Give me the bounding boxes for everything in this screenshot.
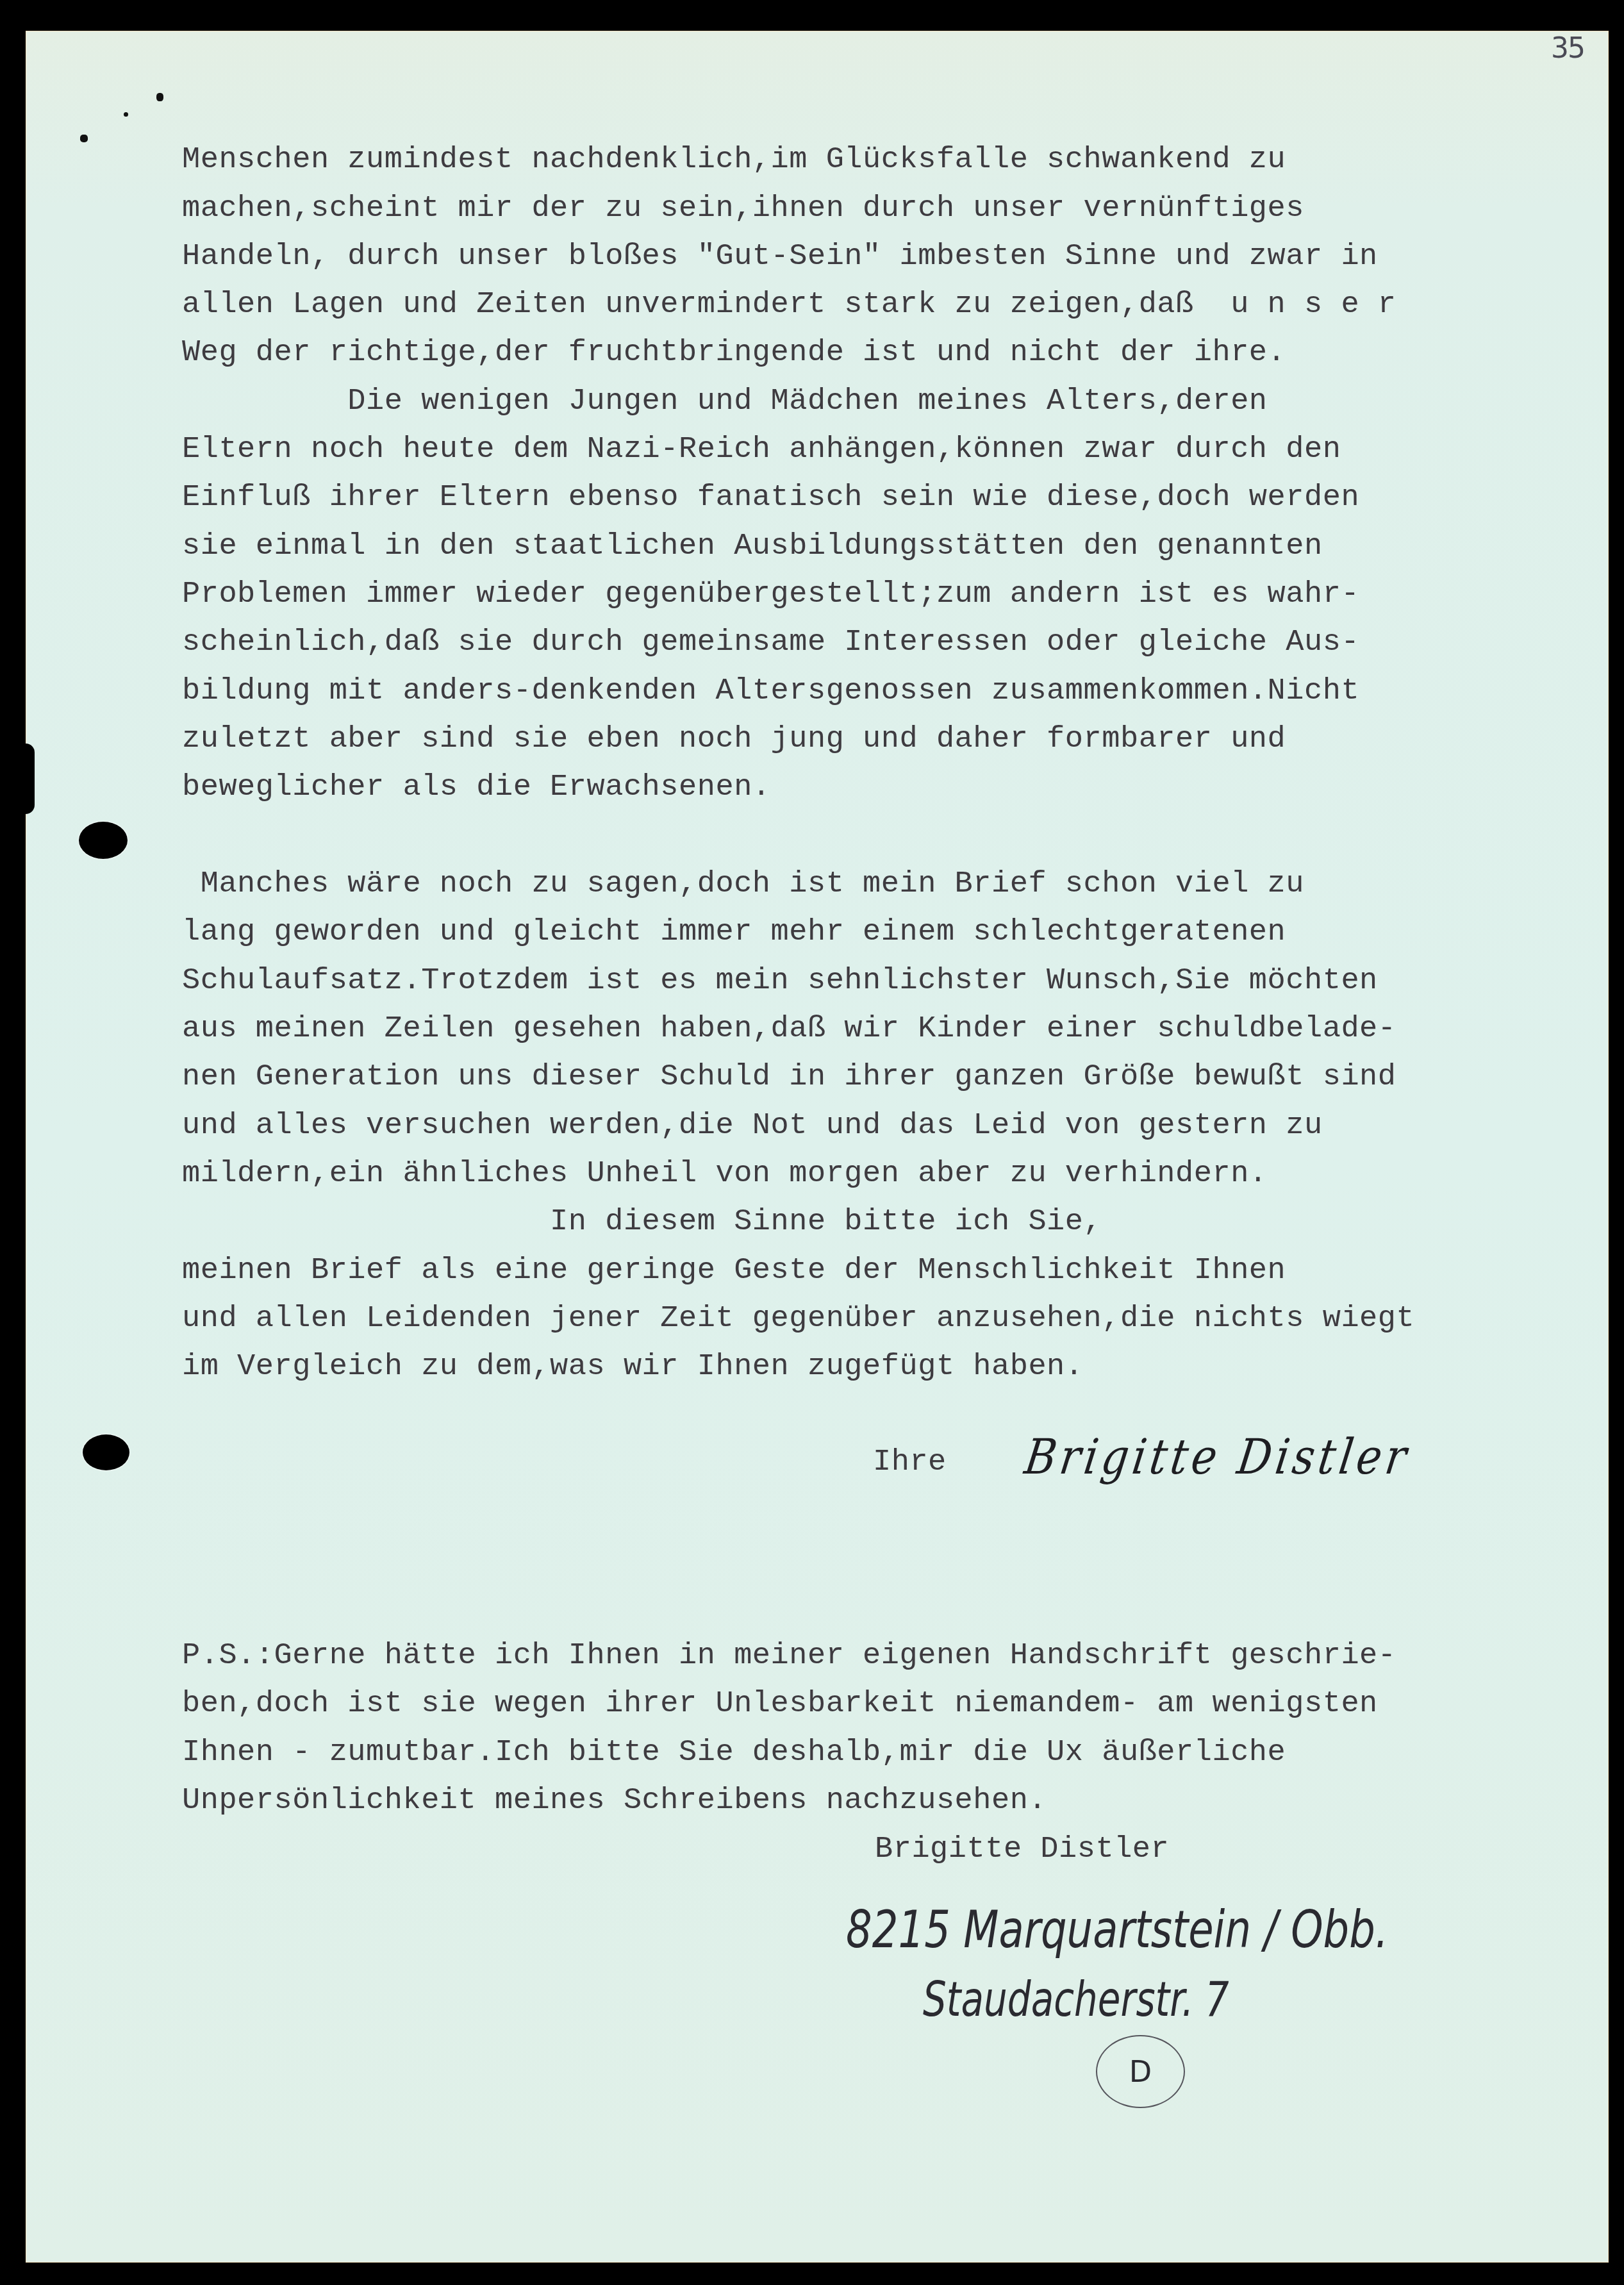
staple-mark xyxy=(80,135,88,142)
circled-letter: D xyxy=(1129,2054,1152,2089)
handwritten-signature: Brigitte Distler xyxy=(1022,1429,1414,1486)
postscript-line: Unpersönlichkeit meines Schreibens nachz… xyxy=(182,1786,1047,1816)
text-line: mildern,ein ähnliches Unheil von morgen … xyxy=(182,1159,1268,1189)
closing-salutation: Ihre xyxy=(873,1447,947,1477)
page-number: 35 xyxy=(1551,32,1584,65)
text-line: Schulaufsatz.Trotzdem ist es mein sehnli… xyxy=(182,966,1378,996)
text-line: In diesem Sinne bitte ich Sie, xyxy=(182,1207,1102,1237)
text-line: sie einmal in den staatlichen Ausbildung… xyxy=(182,531,1323,561)
text-line: Einfluß ihrer Eltern ebenso fanatisch se… xyxy=(182,483,1359,513)
text-line: Manches wäre noch zu sagen,doch ist mein… xyxy=(182,869,1304,899)
text-line: und alles versuchen werden,die Not und d… xyxy=(182,1111,1323,1141)
text-line: und allen Leidenden jener Zeit gegenüber… xyxy=(182,1304,1414,1334)
paper-edge-notch xyxy=(26,744,35,814)
text-line: machen,scheint mir der zu sein,ihnen dur… xyxy=(182,194,1304,224)
text-line: nen Generation uns dieser Schuld in ihre… xyxy=(182,1062,1396,1092)
text-line: zuletzt aber sind sie eben noch jung und… xyxy=(182,724,1286,754)
punch-hole xyxy=(79,822,128,859)
text-line: Eltern noch heute dem Nazi-Reich anhänge… xyxy=(182,435,1341,465)
text-line: Weg der richtige,der fruchtbringende ist… xyxy=(182,338,1286,368)
handwritten-address-line: Staudacherstr. 7 xyxy=(923,1971,1229,2027)
staple-mark xyxy=(156,93,163,101)
text-line: im Vergleich zu dem,was wir Ihnen zugefü… xyxy=(182,1352,1084,1382)
postscript-line: Ihnen - zumutbar.Ich bitte Sie deshalb,m… xyxy=(182,1738,1286,1768)
text-line: Problemen immer wieder gegenübergestellt… xyxy=(182,579,1359,610)
text-line: bildung mit anders-denkenden Altersgenos… xyxy=(182,676,1359,706)
text-line: beweglicher als die Erwachsenen. xyxy=(182,772,771,802)
text-line: Handeln, durch unser bloßes "Gut-Sein" i… xyxy=(182,242,1378,272)
circled-letter-mark: D xyxy=(1096,2035,1185,2108)
text-line: aus meinen Zeilen gesehen haben,daß wir … xyxy=(182,1014,1396,1044)
postscript-line: ben,doch ist sie wegen ihrer Unlesbarkei… xyxy=(182,1689,1378,1719)
text-line: scheinlich,daß sie durch gemeinsame Inte… xyxy=(182,627,1359,658)
handwritten-address-line: 8215 Marquartstein / Obb. xyxy=(846,1901,1388,1961)
punch-hole xyxy=(83,1434,129,1470)
text-line: Die wenigen Jungen und Mädchen meines Al… xyxy=(182,386,1268,417)
text-line: allen Lagen und Zeiten unvermindert star… xyxy=(182,290,1396,320)
staple-mark xyxy=(124,112,128,117)
typed-name: Brigitte Distler xyxy=(875,1834,1169,1865)
text-line: lang geworden und gleicht immer mehr ein… xyxy=(182,917,1286,947)
postscript-line: P.S.:Gerne hätte ich Ihnen in meiner eig… xyxy=(182,1641,1396,1671)
text-line: meinen Brief als eine geringe Geste der … xyxy=(182,1256,1286,1286)
text-line: Menschen zumindest nachdenklich,im Glück… xyxy=(182,145,1286,175)
